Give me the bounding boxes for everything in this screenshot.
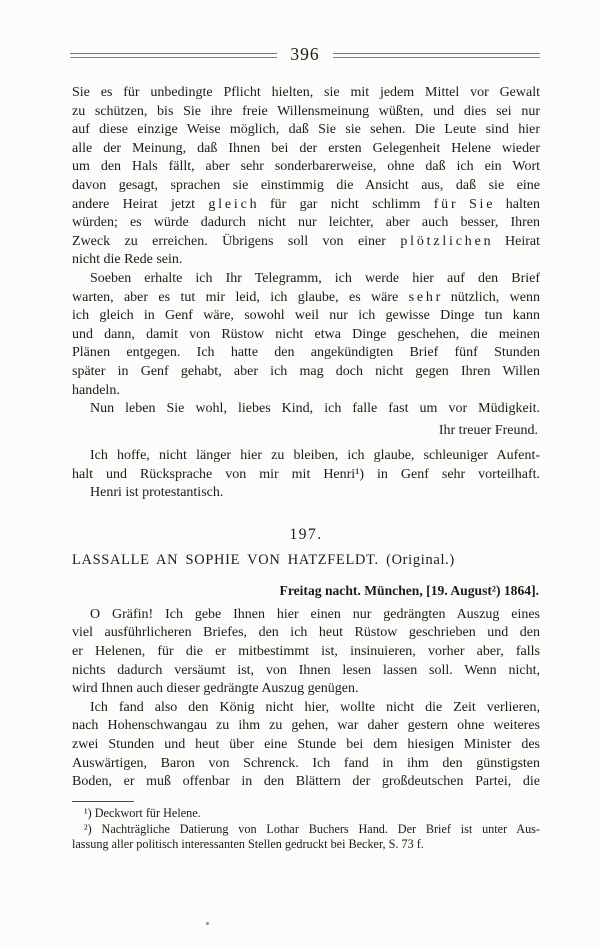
text-line: nichts dadurch versäumt ist, von Ihnen l… bbox=[72, 662, 540, 681]
text-line: ²) Nachträgliche Datierung von Lothar Bu… bbox=[72, 822, 540, 838]
para-koenig: Ich fand also den König nicht hier, woll… bbox=[72, 699, 540, 792]
text-line: O Gräfin! Ich gebe Ihnen hier einen nur … bbox=[72, 606, 540, 625]
text-line: später in Genf gehabt, aber ich mag doch… bbox=[72, 363, 540, 382]
text-line: alle der Meinung, daß Ihnen bei der erst… bbox=[72, 140, 540, 159]
letter-body: Sie es für unbedingte Pflicht hielten, s… bbox=[72, 84, 540, 853]
para-telegram: Soeben erhalte ich Ihr Telegramm, ich we… bbox=[72, 270, 540, 400]
para-continuation: Sie es für unbedingte Pflicht hielten, s… bbox=[72, 84, 540, 270]
dateline: Freitag nacht. München, [19. August²) 18… bbox=[72, 582, 539, 601]
text-line: ¹) Deckwort für Helene. bbox=[72, 806, 540, 822]
text-line: zu schützen, bis Sie ihre freie Willensm… bbox=[72, 103, 540, 122]
text-line: Zweck zu erreichen. Übrigens soll von ei… bbox=[72, 233, 540, 252]
text-line: ich gleich in Genf wäre, sowohl weil nur… bbox=[72, 307, 540, 326]
text-line: Nun leben Sie wohl, liebes Kind, ich fal… bbox=[72, 400, 540, 419]
text-line: Boden, er muß offenbar in den Blättern d… bbox=[72, 773, 540, 792]
text-line: viel ausführlicheren Briefes, den ich he… bbox=[72, 624, 540, 643]
section-number: 197. bbox=[72, 526, 540, 545]
page-header: 396 bbox=[0, 46, 600, 64]
text-line: lassung aller politisch interessanten St… bbox=[72, 837, 540, 853]
text-line: Plänen entgegen. Ich hatte den angekündi… bbox=[72, 344, 540, 363]
footnote-2: ²) Nachträgliche Datierung von Lothar Bu… bbox=[72, 822, 540, 854]
text-line: Ich fand also den König nicht hier, woll… bbox=[72, 699, 540, 718]
text-line: und dann, damit von Rüstow nicht etwa Di… bbox=[72, 326, 540, 345]
scan-speck bbox=[206, 922, 209, 925]
para-farewell: Nun leben Sie wohl, liebes Kind, ich fal… bbox=[72, 400, 540, 419]
text-line: Soeben erhalte ich Ihr Telegramm, ich we… bbox=[72, 270, 540, 289]
text-line: davon gesagt, sprachen sie einstimmig di… bbox=[72, 177, 540, 196]
footnote-rule bbox=[72, 801, 134, 802]
signature: Ihr treuer Freund. bbox=[72, 422, 538, 441]
text-line: warten, aber es tut mir leid, ich glaube… bbox=[72, 289, 540, 308]
text-line: Ich hoffe, nicht länger hier zu bleiben,… bbox=[72, 447, 540, 466]
book-page-scan: 396 Sie es für unbedingte Pflicht hielte… bbox=[0, 0, 600, 948]
text-line: zwei Stunden und heut über eine Stunde b… bbox=[72, 736, 540, 755]
text-line: nach Hohenschwangau zu ihm zu gehen, war… bbox=[72, 717, 540, 736]
text-line: er Helenen, für die er mitbestimmt ist, … bbox=[72, 643, 540, 662]
text-line: Auswärtigen, Baron von Schrenck. Ich fan… bbox=[72, 755, 540, 774]
text-line: andere Heirat jetzt g l e i c h für gar … bbox=[72, 196, 540, 215]
text-line: halt und Rücksprache von mir mit Henri¹)… bbox=[72, 466, 540, 485]
text-line: handeln. bbox=[72, 382, 540, 401]
text-line: Henri ist protestantisch. bbox=[72, 484, 540, 503]
text-line: würden; es würde dadurch nicht nur leich… bbox=[72, 214, 540, 233]
header-rule-left bbox=[70, 53, 277, 58]
text-line: um den Hals fällt, aber sehr sonderbarer… bbox=[72, 158, 540, 177]
para-henri: Henri ist protestantisch. bbox=[72, 484, 540, 503]
text-line: auf diese einzige Weise möglich, daß Sie… bbox=[72, 121, 540, 140]
header-rule-right bbox=[333, 53, 540, 58]
text-line: nicht die Rede sein. bbox=[72, 251, 540, 270]
para-auszug: O Gräfin! Ich gebe Ihnen hier einen nur … bbox=[72, 606, 540, 699]
text-line: wird Ihnen auch dieser gedrängte Auszug … bbox=[72, 680, 540, 699]
footnote-1: ¹) Deckwort für Helene. bbox=[72, 806, 540, 822]
page-number: 396 bbox=[277, 45, 332, 63]
letter-heading: LASSALLE AN SOPHIE VON HATZFELDT. (Origi… bbox=[72, 551, 540, 570]
para-hope: Ich hoffe, nicht länger hier zu bleiben,… bbox=[72, 447, 540, 484]
text-line: Sie es für unbedingte Pflicht hielten, s… bbox=[72, 84, 540, 103]
